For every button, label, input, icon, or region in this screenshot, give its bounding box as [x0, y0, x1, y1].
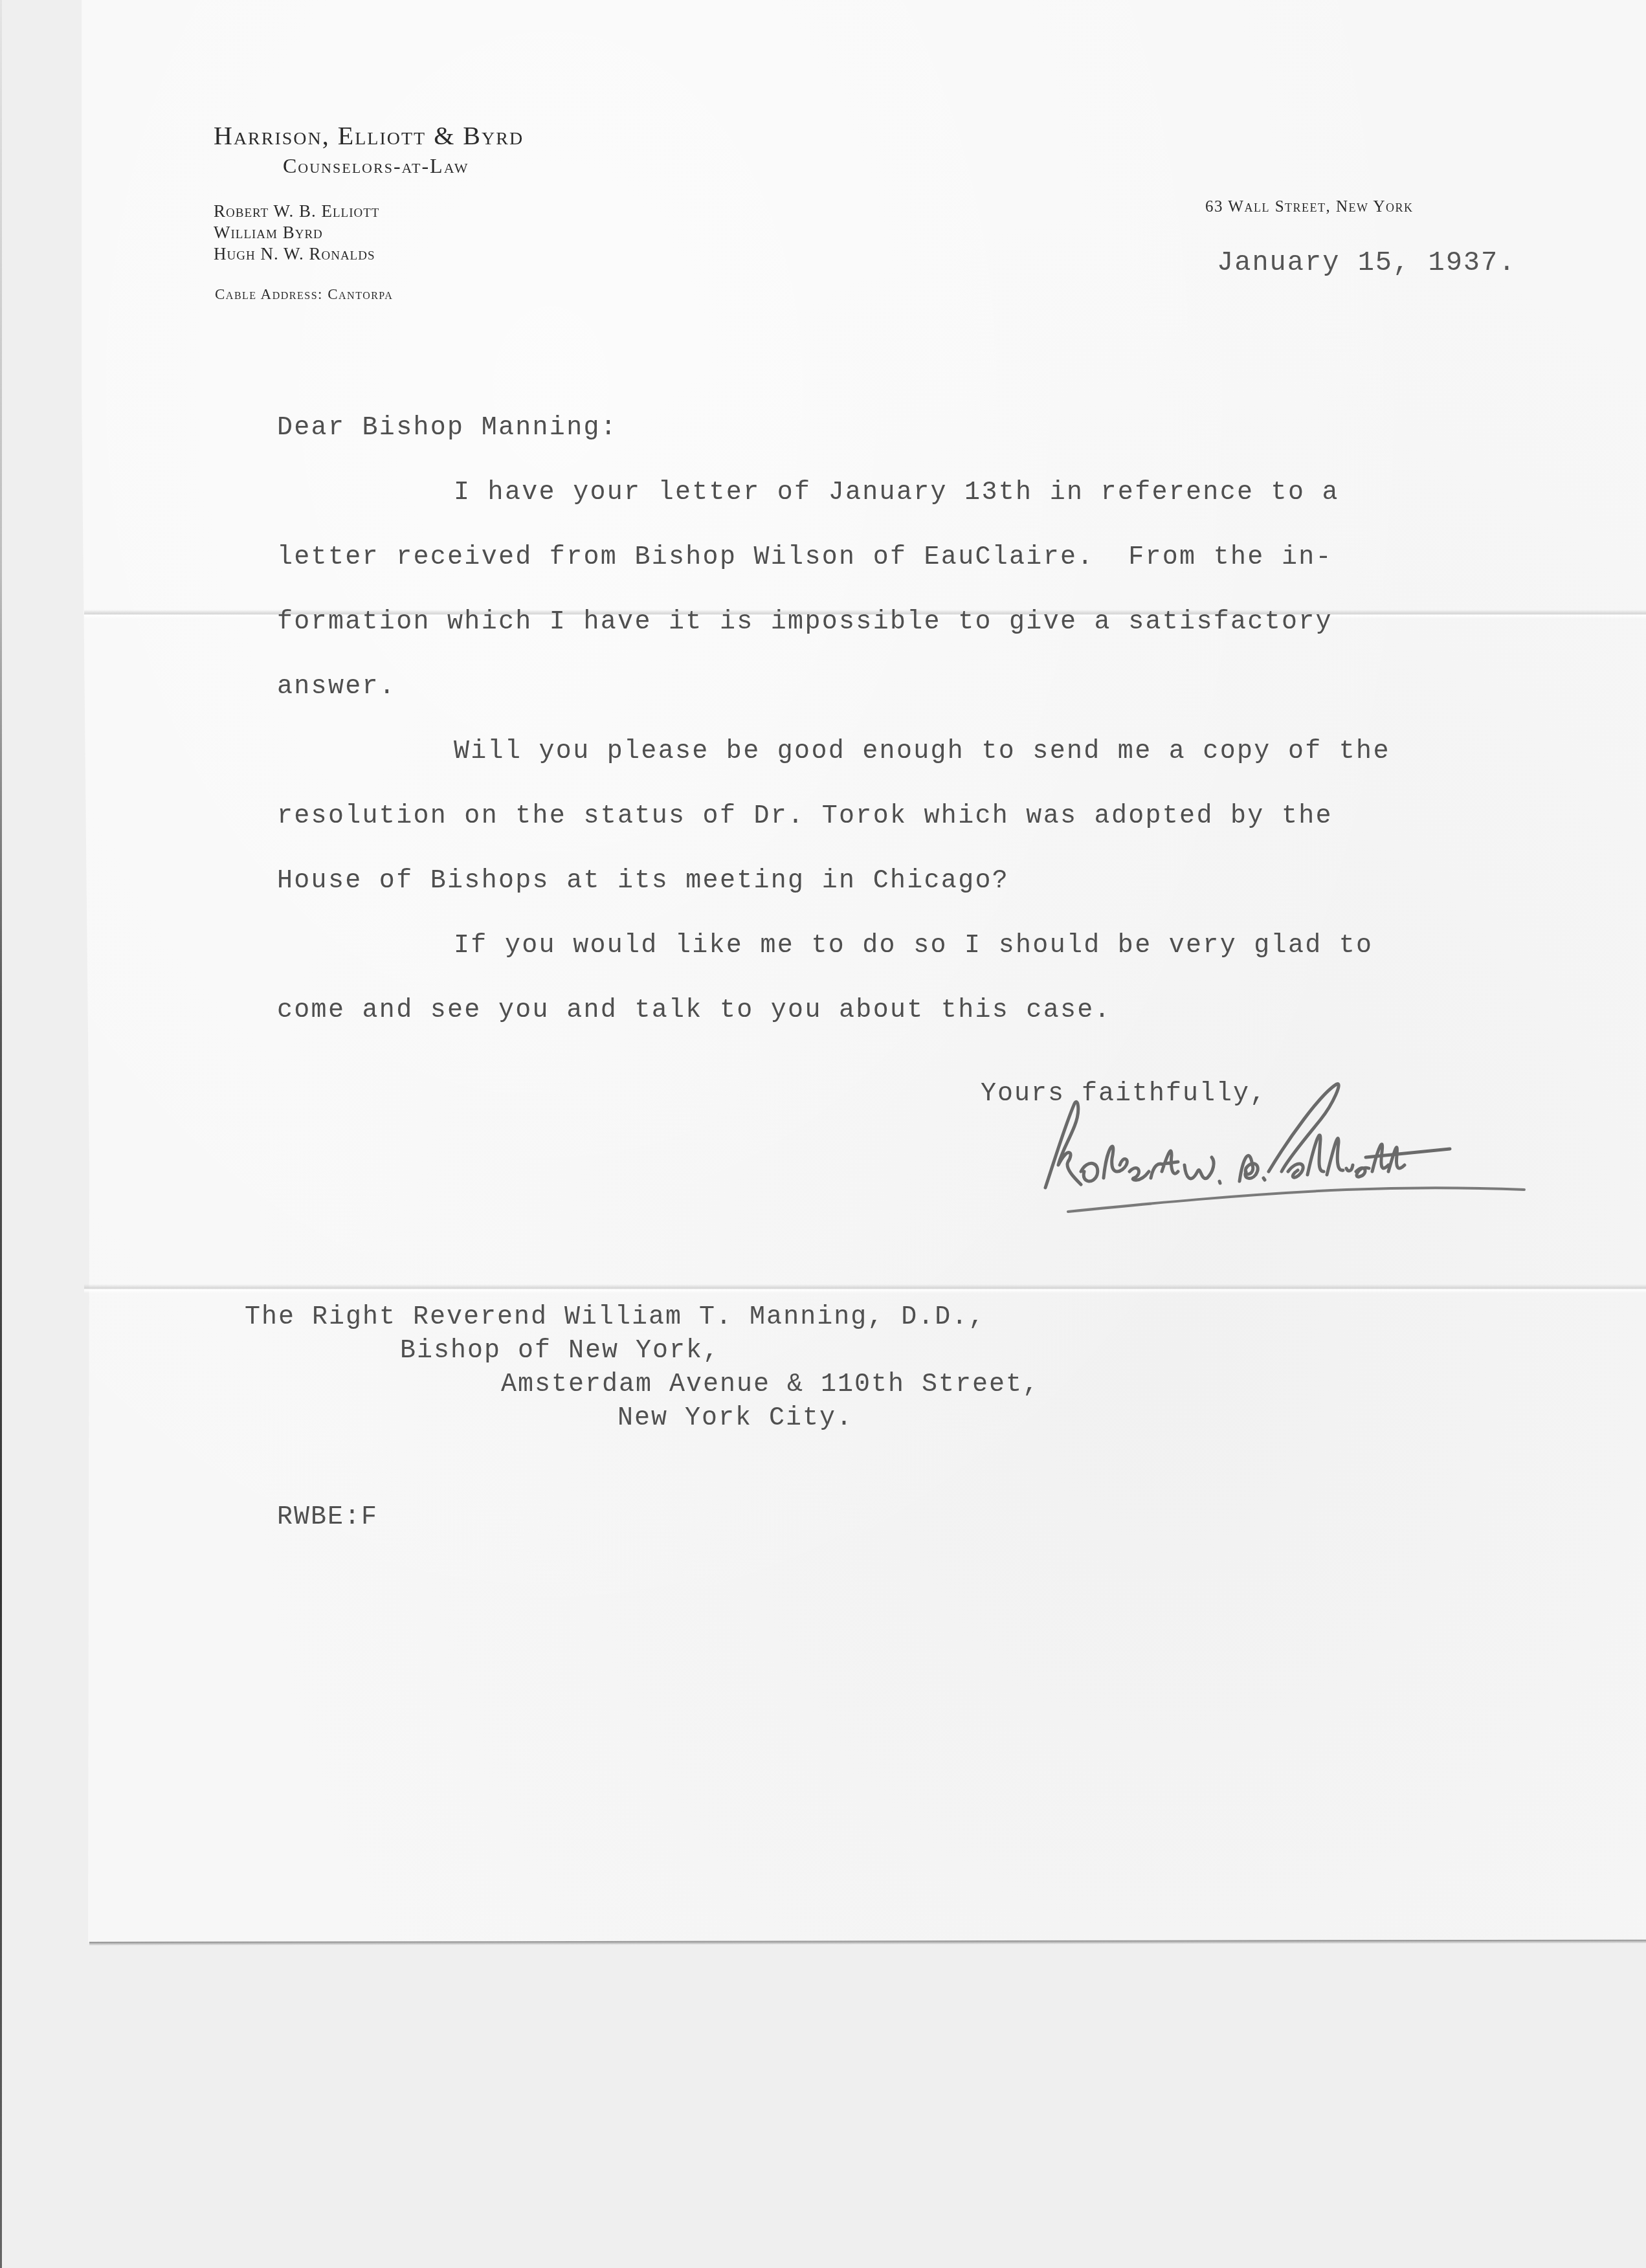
body-line: Will you please be good enough to send m…	[277, 739, 1390, 804]
body-paragraphs: I have your letter of January 13th in re…	[277, 480, 1390, 1063]
partner-name: William Byrd	[214, 222, 379, 243]
fold-line	[84, 1284, 1646, 1293]
letter-date: January 15, 1937.	[1217, 247, 1516, 278]
handwritten-signature: Robert W. B. Elliott	[984, 1074, 1528, 1223]
salutation: Dear Bishop Manning:	[277, 416, 1390, 480]
partner-name: Robert W. B. Elliott	[214, 201, 379, 222]
firm-subtitle: Counselors-at-Law	[283, 154, 469, 178]
recipient-line: The Right Reverend William T. Manning, D…	[245, 1305, 1040, 1339]
body-line: letter received from Bishop Wilson of Ea…	[277, 545, 1390, 610]
body-line: formation which I have it is impossible …	[277, 610, 1390, 674]
letter-body: Dear Bishop Manning: I have your letter …	[277, 416, 1390, 1063]
reference-initials: RWBE:F	[277, 1503, 378, 1532]
office-address: 63 Wall Street, New York	[1205, 198, 1413, 216]
body-line: House of Bishops at its meeting in Chica…	[277, 869, 1390, 933]
firm-name: Harrison, Elliott & Byrd	[214, 120, 524, 151]
recipient-line: Bishop of New York,	[245, 1339, 1040, 1372]
body-line: resolution on the status of Dr. Torok wh…	[277, 804, 1390, 869]
body-line: I have your letter of January 13th in re…	[277, 480, 1390, 545]
scanner-edge	[0, 0, 2, 2268]
recipient-line: Amsterdam Avenue & 110th Street,	[245, 1372, 1040, 1406]
cable-address: Cable Address: Cantorpa	[215, 286, 393, 303]
partner-name: Hugh N. W. Ronalds	[214, 243, 379, 265]
recipient-address: The Right Reverend William T. Manning, D…	[245, 1305, 1040, 1440]
body-line: If you would like me to do so I should b…	[277, 933, 1390, 998]
body-line: come and see you and talk to you about t…	[277, 998, 1390, 1063]
partner-list: Robert W. B. Elliott William Byrd Hugh N…	[214, 201, 379, 265]
recipient-line: New York City.	[245, 1406, 1040, 1440]
body-line: answer.	[277, 674, 1390, 739]
